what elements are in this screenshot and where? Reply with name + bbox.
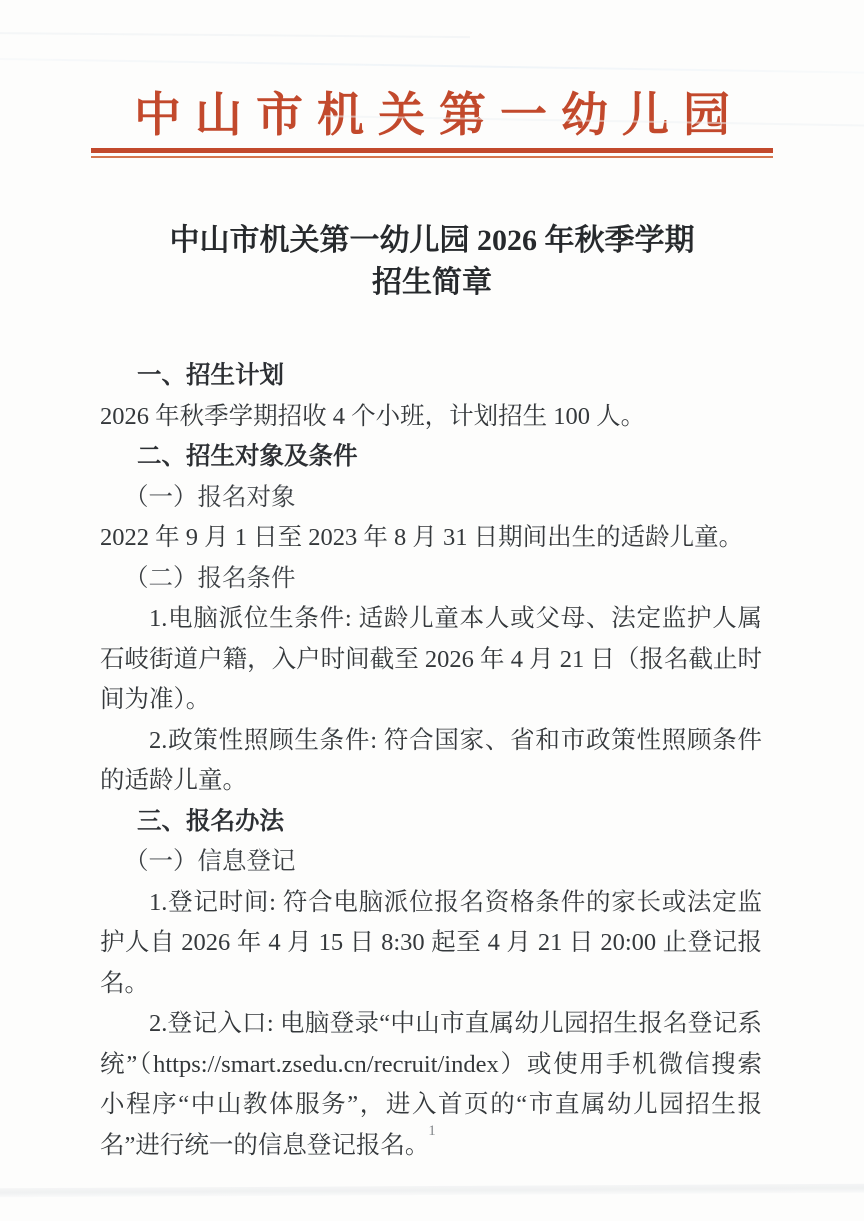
paragraph-computer-allocation-condition: 1.电脑派位生条件: 适龄儿童本人或父母、法定监护人属石岐街道户籍，入户时间截至… [100,599,762,721]
title-line-1: 中山市机关第一幼儿园 2026 年秋季学期 [170,224,695,257]
scan-artifact-band [0,1184,864,1198]
paragraph-application-target: 2022 年 9 月 1 日至 2023 年 8 月 31 日期间出生的适龄儿童… [100,518,762,559]
masthead-underline-thin [91,156,773,158]
section-heading-enrollment-plan: 一、招生计划 [100,356,762,397]
paragraph-policy-care-condition: 2.政策性照顾生条件: 符合国家、省和市政策性照顾条件的适龄儿童。 [100,721,762,802]
masthead-underline [91,148,773,158]
document-body: 一、招生计划 2026 年秋季学期招收 4 个小班，计划招生 100 人。 二、… [100,356,762,1166]
document-page: 中山市机关第一幼儿园 中山市机关第一幼儿园 2026 年秋季学期 招生简章 一、… [0,0,864,1221]
page-footer: 1 [0,1122,864,1140]
subsection-heading-application-target: （一）报名对象 [100,478,762,519]
paragraph-registration-time: 1.登记时间: 符合电脑派位报名资格条件的家长或法定监护人自 2026 年 4 … [100,883,762,1005]
section-heading-targets-and-conditions: 二、招生对象及条件 [100,437,762,478]
masthead-underline-thick [91,148,773,153]
title-line-2: 招生简章 [372,266,492,299]
scan-artifact-line [0,58,864,74]
masthead: 中山市机关第一幼儿园 [0,88,864,158]
subsection-heading-info-registration: （一）信息登记 [100,842,762,883]
kindergarten-name-title: 中山市机关第一幼儿园 [134,88,744,144]
scan-artifact-line [0,32,470,38]
subsection-heading-application-conditions: （二）报名条件 [100,559,762,600]
section-heading-application-method: 三、报名办法 [100,802,762,843]
paragraph-registration-entry: 2.登记入口: 电脑登录“中山市直属幼儿园招生报名登记系统”（https://s… [100,1004,762,1166]
page-number: 1 [428,1123,436,1139]
paragraph-enrollment-plan: 2026 年秋季学期招收 4 个小班，计划招生 100 人。 [100,397,762,438]
enrollment-notice-title: 中山市机关第一幼儿园 2026 年秋季学期 招生简章 [92,220,772,304]
